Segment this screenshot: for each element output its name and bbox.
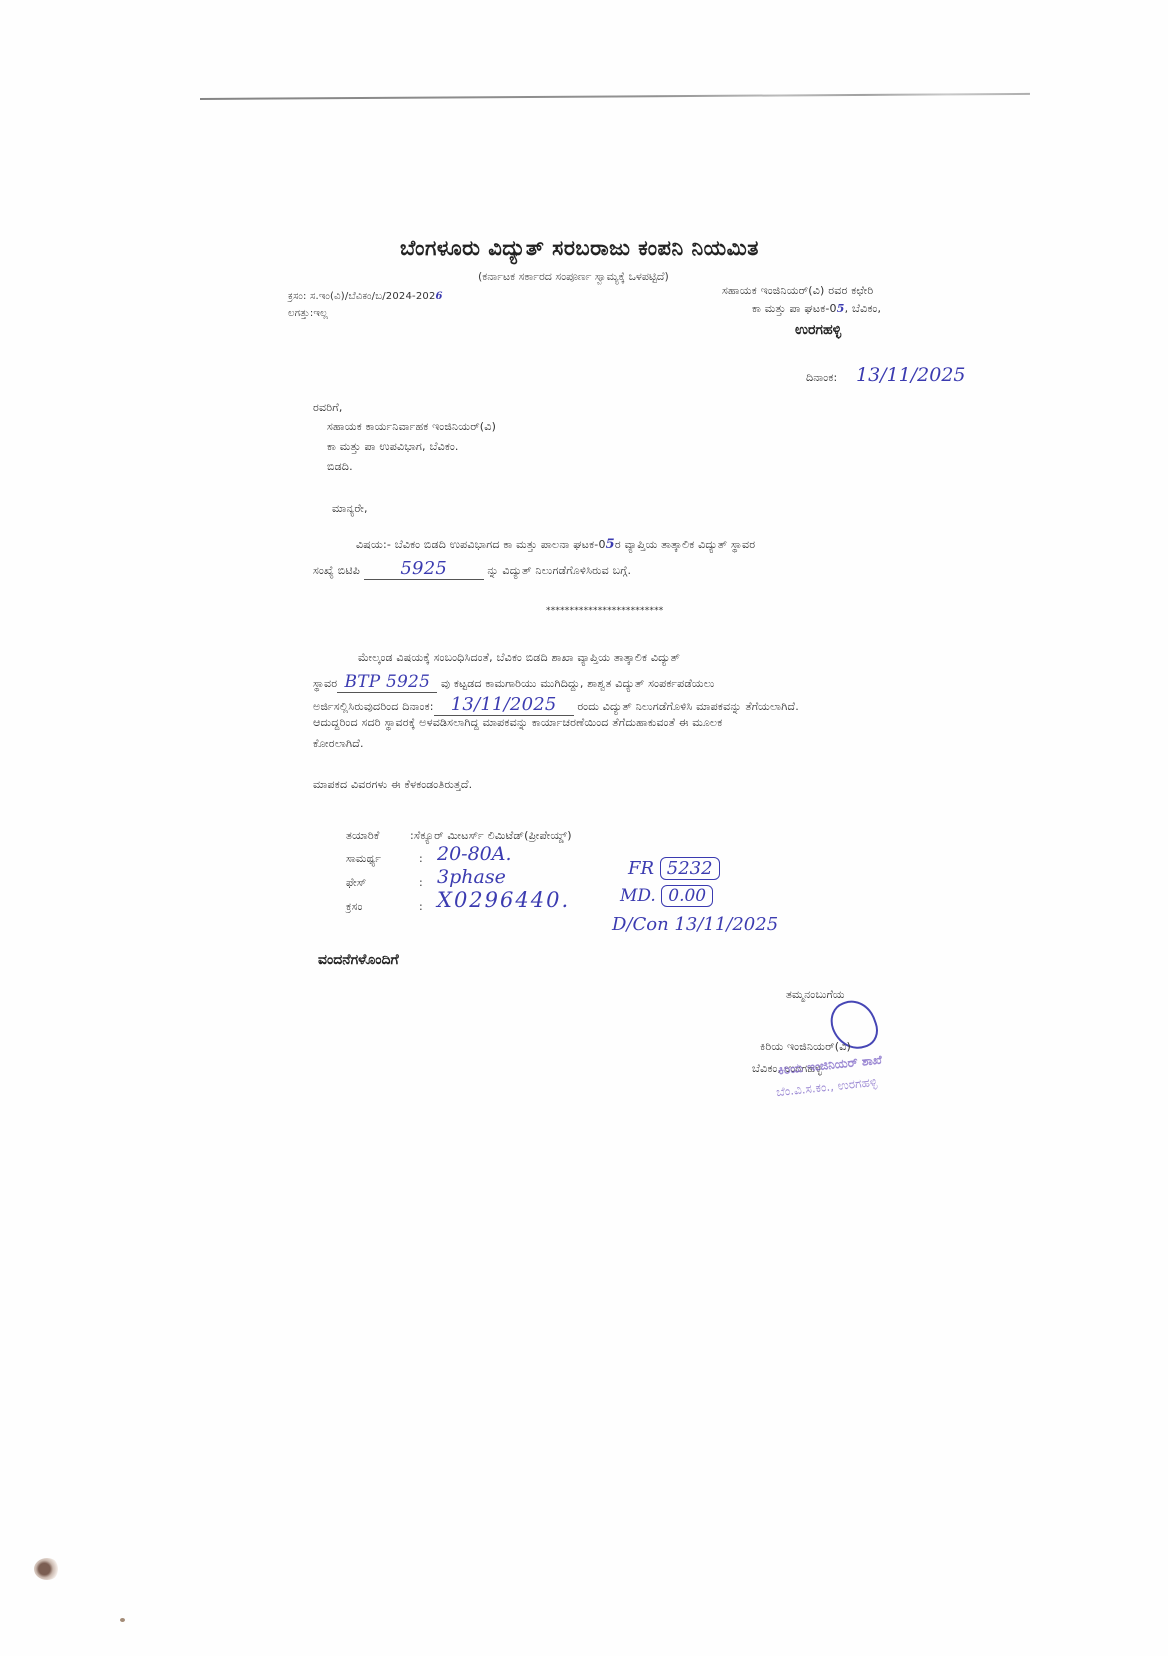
date-value: 13/11/2025 [856,364,966,386]
sender-office: ಸಹಾಯಕ ಇಂಜಿನಿಯರ್(ವಿ) ರವರ ಕಛೇರಿ [722,284,873,298]
meter-value-phase: 3phase [437,866,506,888]
office-stamp-line-2: ಬೆಂ.ವಿ.ಸ.ಕಂ., ಉರಗಹಳ್ಳಿ [775,1075,877,1101]
body-line-1: ಮೇಲ್ಕಂಡ ವಿಷಯಕ್ಕೆ ಸಂಬಂಧಿಸಿದಂತೆ, ಬೆವಿಕಂ ಬಿ… [358,651,680,665]
subject-line-2: ಸಂಖ್ಯೆ ಬಿಟಿಪಿ 5925 ನ್ನು ವಿದ್ಯುತ್ ನಿಲುಗಡೆ… [313,558,631,580]
body-line-2: ಸ್ಥಾವರBTP 5925 ವು ಕಟ್ಟಡದ ಕಾಮಗಾರಿಯು ಮುಗಿದ… [313,672,715,693]
signatory-designation: ಕಿರಿಯ ಇಂಜಿನಿಯರ್(ವಿ) [760,1040,851,1054]
reference-number: ಕ್ರಸಂ: ಸ.ಇಂ(ವಿ)/ಬೆವಿಕಂ/ಬ/2024-2026 [288,291,443,302]
meter-colon: : [419,852,423,865]
salutation: ಮಾನ್ಯರೇ, [332,502,368,516]
meter-intro: ಮಾಪಕದ ವಿವರಗಳು ಈ ಕೆಳಕಂಡಂತಿರುತ್ತದೆ. [313,778,472,792]
closing: ವಂದನೆಗಳೊಂದಿಗೆ [318,952,399,968]
enclosure-note: ಲಗತ್ತು:ಇಲ್ಲ [288,308,328,319]
yours-faithfully: ತಮ್ಮನಂಬುಗೆಯ [786,988,845,1002]
separator: ************************* [546,606,664,616]
recipient-designation: ಸಹಾಯಕ ಕಾರ್ಯನಿರ್ವಾಹಕ ಇಂಜಿನಿಯರ್(ವಿ) [327,420,496,434]
body-handwritten-plant-number: BTP 5925 [337,672,437,693]
disconnection-date: D/Con 13/11/2025 [612,914,778,935]
subject-handwritten-plant-number: 5925 [364,558,484,580]
meter-label-phase: ಫೇಸ್ [346,876,366,890]
body-line-4: ಆದುದ್ದರಿಂದ ಸದರಿ ಸ್ಥಾವರಕ್ಕೆ ಅಳವಡಿಸಲಾಗಿದ್ದ… [313,716,722,730]
body-line-3: ಅರ್ಜಿಸಲ್ಲಿಸಿರುವುದರಿಂದ ದಿನಾಂಕ:13/11/2025 … [313,694,799,716]
recipient-to: ರವರಿಗೆ, [313,401,343,415]
meter-label-capacity: ಸಾಮರ್ಥ್ಯ [346,852,381,866]
max-demand: MD. 0.00 [620,886,713,906]
meter-value-serial: X0296440. [437,888,570,912]
meter-label-serial: ಕ್ರಸಂ [346,900,363,914]
final-reading: FR 5232 [628,858,720,879]
recipient-subdivision: ಕಾ ಮತ್ತು ಪಾ ಉಪವಿಭಾಗ, ಬೆವಿಕಂ. [327,440,459,454]
scan-blemish [34,1558,60,1580]
meter-value-make: :ಸೆಕ್ಯೂರ್ ಮೀಟರ್ಸ್ ಲಿಮಿಟೆಡ್(ಪ್ರೀಪೇಯ್ಡ್) [410,829,572,843]
scan-top-rule [200,93,1030,100]
meter-value-capacity: 20-80A. [437,843,512,865]
meter-label-make: ತಯಾರಿಕೆ [346,829,380,843]
scan-speck [120,1618,125,1622]
company-subtitle: (ಕರ್ನಾಟಕ ಸರ್ಕಾರದ ಸಂಪೂರ್ಣ ಸ್ವಾಮ್ಯಕ್ಕೆ ಒಳಪ… [478,270,669,284]
body-handwritten-date: 13/11/2025 [434,694,574,716]
recipient-place: ಬಿಡದಿ. [327,460,353,474]
meter-colon: : [419,900,423,913]
body-line-5: ಕೋರಲಾಗಿದೆ. [313,737,364,751]
meter-colon: : [419,876,423,889]
sender-place: ಉರಗಹಳ್ಳಿ [795,322,841,338]
company-name: ಬೆಂಗಳೂರು ವಿದ್ಯುತ್ ಸರಬರಾಜು ಕಂಪನಿ ನಿಯಮಿತ [400,236,759,261]
subject-line-1: ವಿಷಯ:- ಬೆವಿಕಂ ಬಿಡದಿ ಉಪವಿಭಾಗದ ಕಾ ಮತ್ತು ಪಾ… [356,537,755,552]
sender-unit: ಕಾ ಮತ್ತು ಪಾ ಘಟಕ-05, ಬೆವಿಕಂ, [752,302,881,316]
office-stamp-line-1: ಕಿರಿಯ ಇಂಜಿನಿಯರ್ ಶಾಖೆ [778,1053,883,1079]
date-label: ದಿನಾಂಕ: [806,371,837,385]
